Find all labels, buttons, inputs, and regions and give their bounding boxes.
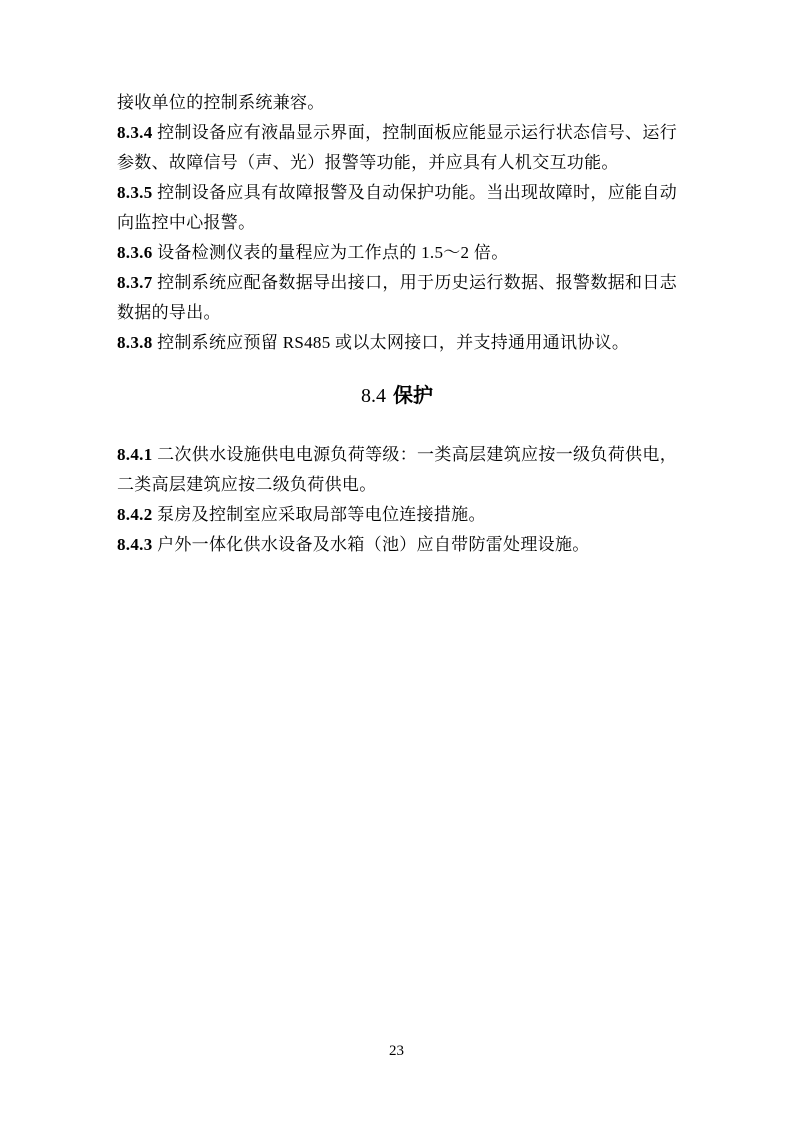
clause-8-3-5: 8.3.5 控制设备应具有故障报警及自动保护功能。当出现故障时，应能自动向监控中…	[117, 178, 677, 238]
clause-8-3-7: 8.3.7 控制系统应配备数据导出接口，用于历史运行数据、报警数据和日志数据的导…	[117, 268, 677, 328]
clause-text: 二次供水设施供电电源负荷等级：一类高层建筑应按一级负荷供电，二类高层建筑应按二级…	[117, 445, 677, 494]
clause-8-4-3: 8.4.3 户外一体化供水设备及水箱（池）应自带防雷处理设施。	[117, 530, 677, 560]
paragraph-text: 接收单位的控制系统兼容。	[117, 93, 325, 112]
clause-text: 控制系统应配备数据导出接口，用于历史运行数据、报警数据和日志数据的导出。	[117, 273, 677, 322]
clause-number: 8.3.5	[117, 183, 153, 202]
clause-8-3-6: 8.3.6 设备检测仪表的量程应为工作点的 1.5～2 倍。	[117, 238, 677, 268]
clause-text: 控制设备应具有故障报警及自动保护功能。当出现故障时，应能自动向监控中心报警。	[117, 183, 677, 232]
clause-text: 户外一体化供水设备及水箱（池）应自带防雷处理设施。	[157, 535, 590, 554]
clause-text: 控制系统应预留 RS485 或以太网接口，并支持通用通讯协议。	[157, 333, 629, 352]
clause-number: 8.3.7	[117, 273, 153, 292]
clause-number: 8.4.3	[117, 535, 153, 554]
paragraph-continuation: 接收单位的控制系统兼容。	[117, 88, 677, 118]
document-page: 接收单位的控制系统兼容。 8.3.4 控制设备应有液晶显示界面，控制面板应能显示…	[0, 0, 793, 1122]
clause-number: 8.4.2	[117, 505, 153, 524]
section-heading-8-4: 8.4保护	[117, 382, 677, 410]
clause-text: 设备检测仪表的量程应为工作点的 1.5～2 倍。	[157, 243, 508, 262]
clause-8-4-2: 8.4.2 泵房及控制室应采取局部等电位连接措施。	[117, 500, 677, 530]
clause-number: 8.4.1	[117, 445, 153, 464]
clause-8-3-8: 8.3.8 控制系统应预留 RS485 或以太网接口，并支持通用通讯协议。	[117, 328, 677, 358]
clause-number: 8.3.8	[117, 333, 153, 352]
clause-text: 泵房及控制室应采取局部等电位连接措施。	[157, 505, 486, 524]
page-content: 接收单位的控制系统兼容。 8.3.4 控制设备应有液晶显示界面，控制面板应能显示…	[117, 88, 677, 560]
clause-number: 8.3.6	[117, 243, 153, 262]
clause-text: 控制设备应有液晶显示界面，控制面板应能显示运行状态信号、运行参数、故障信号（声、…	[117, 123, 677, 172]
clause-8-4-1: 8.4.1 二次供水设施供电电源负荷等级：一类高层建筑应按一级负荷供电，二类高层…	[117, 440, 677, 500]
clause-8-3-4: 8.3.4 控制设备应有液晶显示界面，控制面板应能显示运行状态信号、运行参数、故…	[117, 118, 677, 178]
page-number: 23	[0, 1042, 793, 1060]
section-heading-title: 保护	[393, 385, 433, 407]
clause-number: 8.3.4	[117, 123, 153, 142]
section-heading-number: 8.4	[361, 385, 386, 407]
